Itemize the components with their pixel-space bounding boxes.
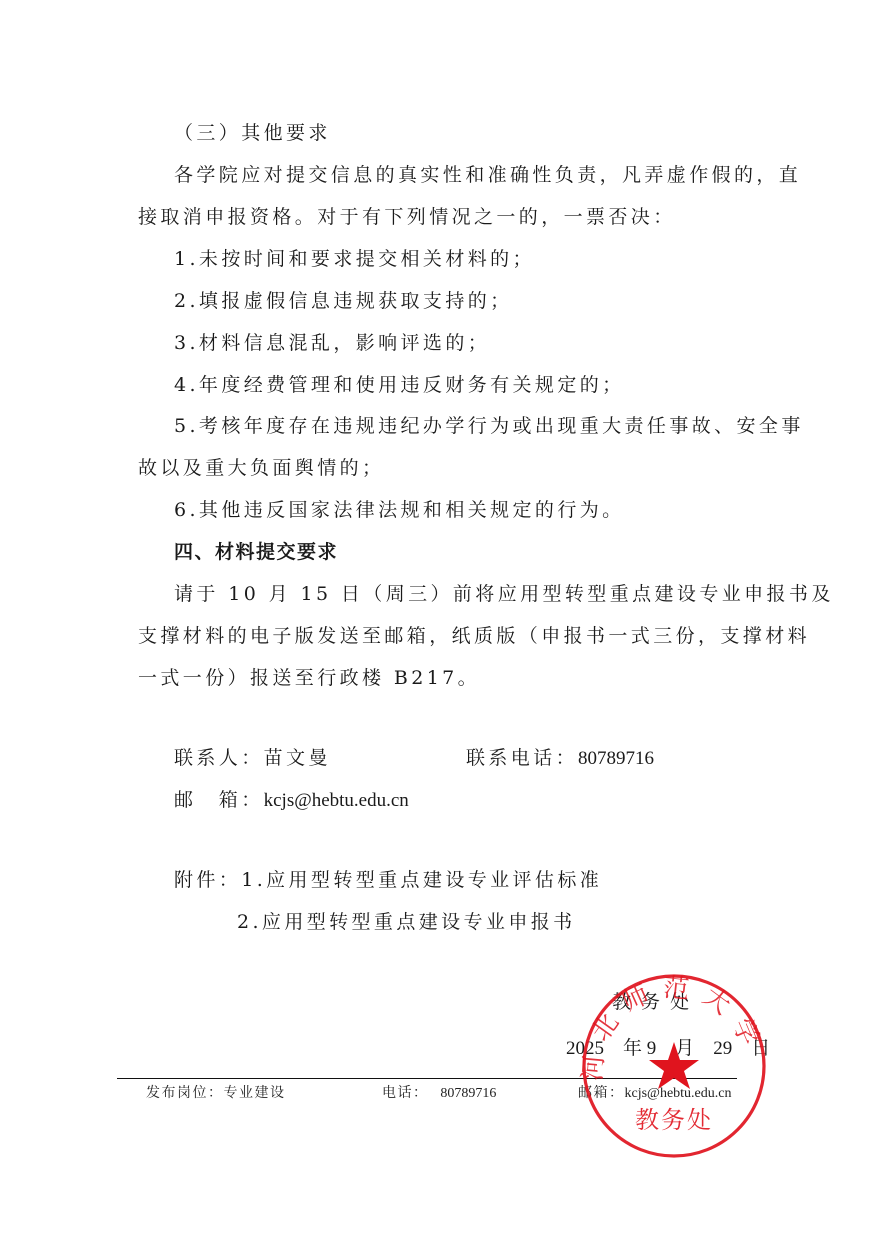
footer-email-label: 邮箱： (578, 1085, 625, 1101)
contact-email: 邮 箱：kcjs@hebtu.edu.cn (174, 788, 409, 813)
list-item: 2.填报虚假信息违规获取支持的； (174, 289, 513, 313)
signature-office: 教 务 处 (612, 990, 691, 1014)
contact-person-name: 苗文曼 (264, 747, 331, 769)
attachment-item: 1.应用型转型重点建设专业评估标准 (241, 869, 602, 891)
attachments-label: 附件： (174, 869, 241, 891)
contact-phone-number: 80789716 (578, 748, 654, 769)
paragraph-line: 接取消申报资格。对于有下列情况之一的，一票否决： (138, 205, 676, 229)
footer-divider (117, 1078, 737, 1079)
paragraph-line: 请于 10 月 15 日（周三）前将应用型转型重点建设专业申报书及 (174, 582, 834, 606)
list-item-continuation: 故以及重大负面舆情的； (138, 456, 384, 480)
list-item: 1.未按时间和要求提交相关材料的； (174, 247, 535, 271)
paragraph-line: 各学院应对提交信息的真实性和准确性负责，凡弄虚作假的，直 (174, 163, 801, 187)
footer-phone: 电话： 80789716 (382, 1082, 496, 1102)
attachment-item: 2.应用型转型重点建设专业申报书 (237, 910, 576, 934)
footer-email: 邮箱：kcjs@hebtu.edu.cn (578, 1082, 731, 1102)
footer-email-address: kcjs@hebtu.edu.cn (625, 1086, 732, 1101)
list-item: 6.其他违反国家法律法规和相关规定的行为。 (174, 498, 625, 522)
footer-phone-number: 80789716 (440, 1086, 496, 1101)
paragraph-line: 一式一份）报送至行政楼 B217。 (138, 666, 480, 690)
footer-phone-label: 电话： (382, 1085, 429, 1101)
contact-person-label: 联系人： (174, 747, 264, 769)
contact-email-label: 邮 箱： (174, 789, 264, 811)
contact-person: 联系人：苗文曼 (174, 746, 331, 770)
contact-email-address[interactable]: kcjs@hebtu.edu.cn (264, 790, 409, 811)
stamp-center-text: 教务处 (635, 1106, 713, 1134)
list-item: 5.考核年度存在违规违纪办学行为或出现重大责任事故、安全事 (174, 414, 804, 438)
list-item: 4.年度经费管理和使用违反财务有关规定的； (174, 373, 625, 397)
attachment-line: 附件：1.应用型转型重点建设专业评估标准 (174, 868, 602, 892)
section-four-heading: 四、材料提交要求 (174, 540, 338, 564)
footer-post: 发布岗位：专业建设 (146, 1082, 286, 1102)
section-three-heading: （三）其他要求 (174, 121, 331, 145)
signature-date: 2025 年 9 月 29 日 (566, 1033, 770, 1060)
paragraph-line: 支撑材料的电子版发送至邮箱，纸质版（申报书一式三份，支撑材料 (138, 624, 810, 648)
list-item: 3.材料信息混乱，影响评选的； (174, 331, 490, 355)
contact-phone: 联系电话：80789716 (466, 746, 654, 771)
contact-phone-label: 联系电话： (466, 747, 578, 769)
document-page: （三）其他要求 各学院应对提交信息的真实性和准确性负责，凡弄虚作假的，直 接取消… (0, 0, 880, 1244)
